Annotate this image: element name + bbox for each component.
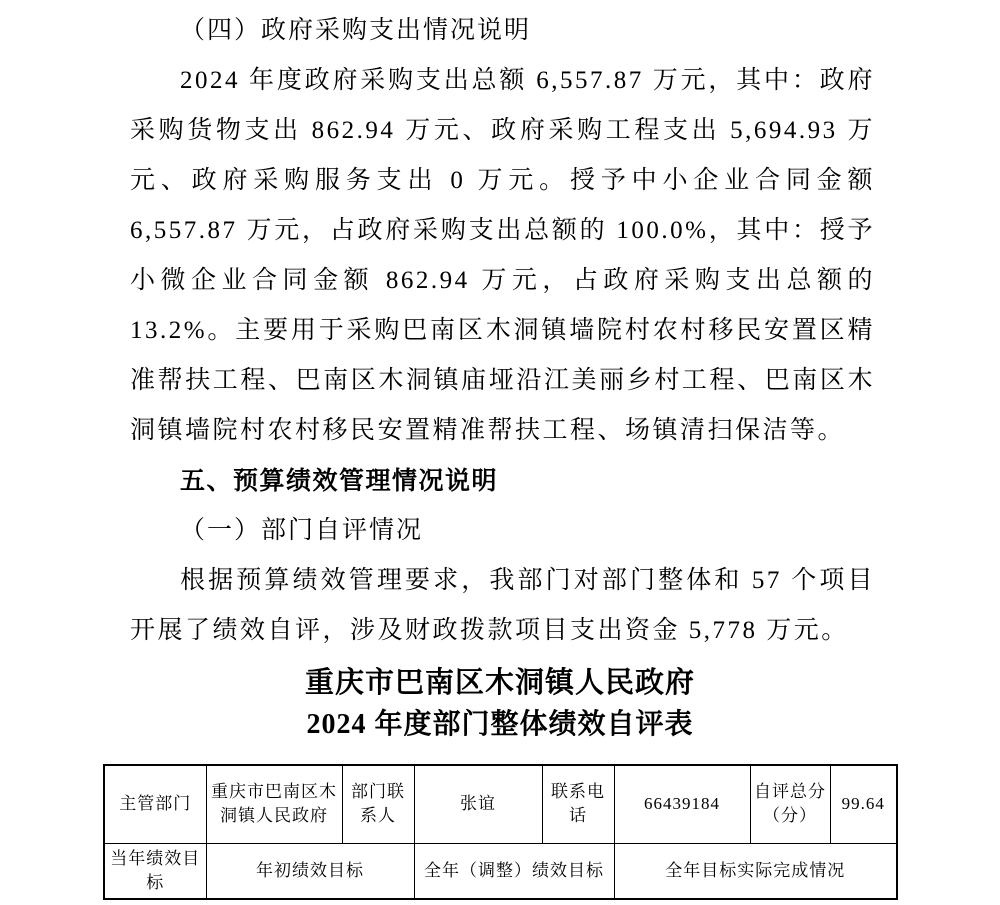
self-eval-score-label: 自评总分 （分） [750,765,830,843]
table-row-annual-goals: 当年绩效目 标 年初绩效目标 全年（调整）绩效目标 全年目标实际完成情况 [104,843,897,899]
supervisor-department-label: 主管部门 [104,765,206,843]
heading-section-4: （四）政府采购支出情况说明 [130,6,875,56]
contact-phone-label: 联系电 话 [542,765,614,843]
table-title-report-name: 2024 年度部门整体绩效自评表 [0,704,1000,746]
annual-performance-goal-label: 当年绩效目 标 [104,843,206,899]
adjusted-goal-header: 全年（调整）绩效目标 [414,843,614,899]
supervisor-department-value: 重庆市巴南区木 洞镇人民政府 [206,765,342,843]
paragraph-procurement-expenditure: 2024 年度政府采购支出总额 6,557.87 万元，其中：政府采购货物支出 … [130,56,875,456]
department-contact-value: 张谊 [414,765,542,843]
paragraph-self-evaluation: 根据预算绩效管理要求，我部门对部门整体和 57 个项目开展了绩效自评，涉及财政拨… [130,556,875,656]
heading-self-evaluation: （一）部门自评情况 [130,506,875,556]
department-contact-label: 部门联 系人 [342,765,414,843]
document-body: （四）政府采购支出情况说明 2024 年度政府采购支出总额 6,557.87 万… [0,0,1000,656]
self-eval-score-value: 99.64 [830,765,897,843]
performance-table-wrapper: 主管部门 重庆市巴南区木 洞镇人民政府 部门联 系人 张谊 联系电 话 6643… [103,764,1000,900]
table-row-header-info: 主管部门 重庆市巴南区木 洞镇人民政府 部门联 系人 张谊 联系电 话 6643… [104,765,897,843]
table-title-government-name: 重庆市巴南区木洞镇人民政府 [0,662,1000,704]
document-page: （四）政府采购支出情况说明 2024 年度政府采购支出总额 6,557.87 万… [0,0,1000,905]
actual-completion-header: 全年目标实际完成情况 [614,843,897,899]
heading-section-5: 五、预算绩效管理情况说明 [130,456,875,506]
initial-goal-header: 年初绩效目标 [206,843,414,899]
performance-self-eval-table: 主管部门 重庆市巴南区木 洞镇人民政府 部门联 系人 张谊 联系电 话 6643… [103,764,898,900]
contact-phone-value: 66439184 [614,765,750,843]
